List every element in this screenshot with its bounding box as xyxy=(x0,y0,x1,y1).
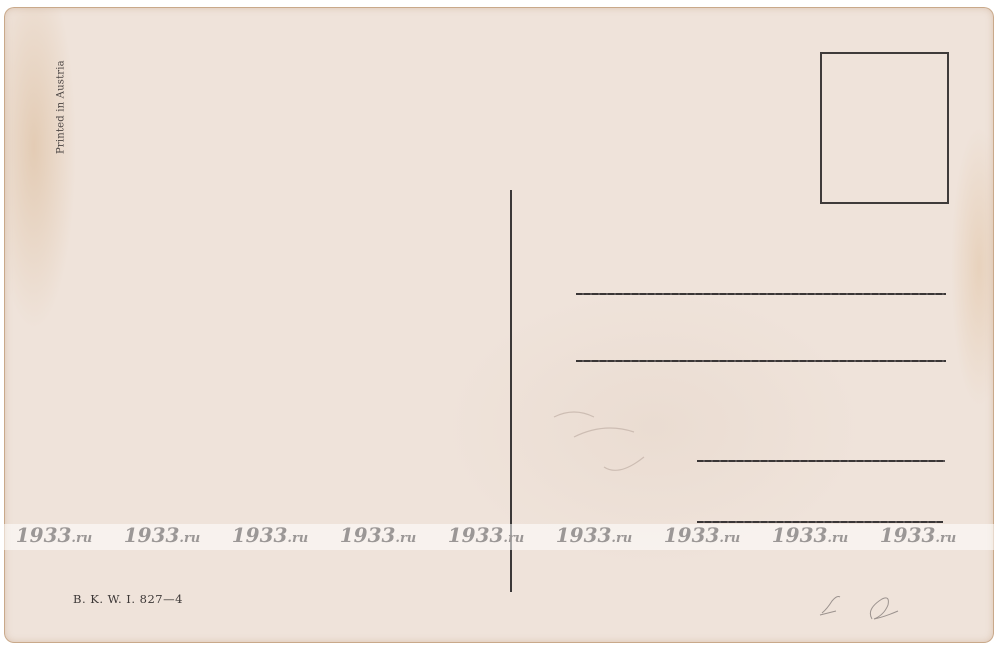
address-line-2 xyxy=(576,360,946,362)
watermark-item: 1933.ru xyxy=(324,522,432,552)
faint-pencil-scribble xyxy=(544,397,704,497)
pencil-mark xyxy=(812,585,922,625)
printed-in-austria-note: Printed in Austria xyxy=(54,47,68,167)
stamp-box xyxy=(820,52,949,204)
address-line-1 xyxy=(576,293,946,295)
watermark-item: 1933.ru xyxy=(108,522,216,552)
watermark-item: 1933.ru xyxy=(648,522,756,552)
address-line-3 xyxy=(697,460,945,462)
watermark-item: 1933.ru xyxy=(756,522,864,552)
watermark-item: 1933.ru xyxy=(432,522,540,552)
watermark-item: 1933.ru xyxy=(0,522,108,552)
watermark-item: 1933.ru xyxy=(216,522,324,552)
watermark-item: 1933.ru xyxy=(540,522,648,552)
watermark-item: 1933.ru xyxy=(864,522,972,552)
watermark-band: 1933.ru 1933.ru 1933.ru 1933.ru 1933.ru … xyxy=(0,524,1000,550)
publisher-code: B. K. W. I. 827—4 xyxy=(73,592,183,606)
